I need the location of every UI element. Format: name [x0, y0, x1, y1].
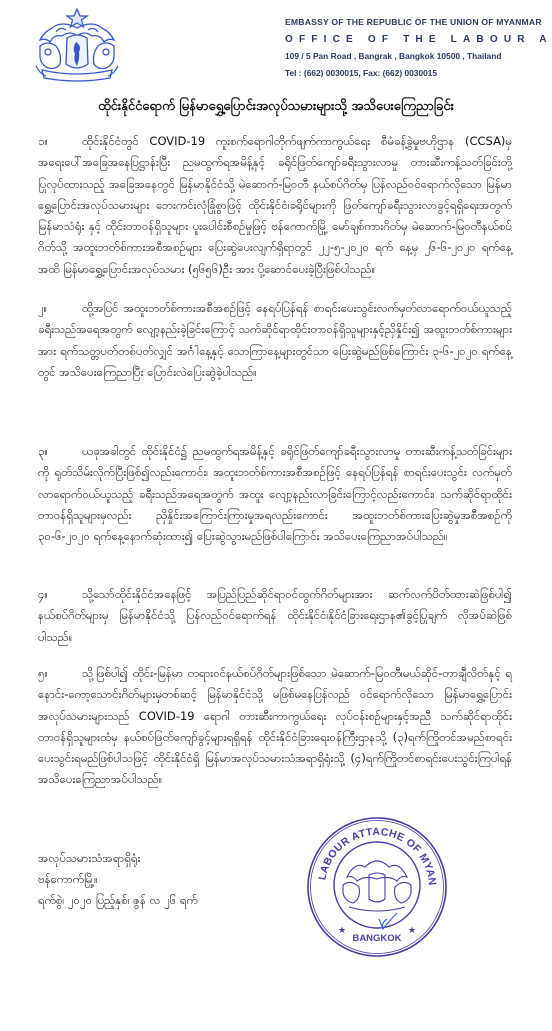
- paragraph-text: သို့သော်ထိုင်းနိုင်ငံအနေဖြင့် အပြည်ပြည်ဆ…: [38, 587, 512, 644]
- letterhead: EMBASSY OF THE REPUBLIC OF THE UNION OF …: [285, 14, 552, 81]
- stamp-seal-icon: OFFICE OF THE LABOUR ATTACHE OF MYANMAR …: [305, 815, 449, 959]
- paragraph-4: ၄။သို့သော်ထိုင်းနိုင်ငံအနေဖြင့် အပြည်ပြည…: [38, 584, 512, 648]
- paragraph-text: ယခုအခါတွင် ထိုင်းနိုင်ငံ၌ ညမထွက်ရအမိန့်န…: [38, 444, 512, 543]
- phone-fax: Tel : (662) 0030015, Fax: (662) 0030015: [285, 65, 552, 81]
- svg-text:BANGKOK: BANGKOK: [352, 933, 401, 944]
- announcement-title: ထိုင်းနိုင်ငံရောက် မြန်မာရွှေ့ပြောင်းအလု…: [0, 96, 552, 118]
- svg-text:OFFICE OF THE LABOUR ATTACHE O: OFFICE OF THE LABOUR ATTACHE OF MYANMAR …: [305, 815, 438, 886]
- svg-text:★: ★: [338, 926, 346, 936]
- office-name: OFFICE OF THE LABOUR ATTACHE: [285, 31, 552, 48]
- signature-block: အလုပ်သမားသံအရာရှိရုံး ဗန်ကောက်မြို့။ ရက်…: [38, 848, 198, 911]
- paragraph-1: ၁။ထိုင်းနိုင်ငံတွင် COVID-19 ကူးစက်ရောဂါ…: [38, 131, 512, 280]
- paragraph-number: ၁။: [38, 131, 82, 152]
- paragraph-text: ထို့အပြင် အထူးဘတ်စ်ကားအစီအစဉ်ဖြင့် နေရပ်…: [38, 301, 512, 379]
- embassy-name: EMBASSY OF THE REPUBLIC OF THE UNION OF …: [285, 14, 552, 31]
- signing-office: အလုပ်သမားသံအရာရှိရုံး: [38, 848, 198, 869]
- paragraph-number: ၄။: [38, 584, 82, 605]
- svg-text:★: ★: [408, 926, 416, 936]
- signing-city: ဗန်ကောက်မြို့။: [38, 869, 198, 890]
- paragraph-3: ၃။ယခုအခါတွင် ထိုင်းနိုင်ငံ၌ ညမထွက်ရအမိန့…: [38, 441, 512, 547]
- paragraph-number: ၂။: [38, 298, 82, 319]
- emblem-icon: [32, 6, 122, 84]
- address: 109 / 5 Pan Road , Bangrak , Bangkok 105…: [285, 48, 552, 65]
- paragraph-text: သို့ဖြစ်ပါ၍ ထိုင်း-မြန်မာ တရားဝင်နယ်စပ်ဂ…: [38, 666, 512, 786]
- paragraph-number: ၃။: [38, 441, 82, 462]
- paragraph-5: ၅။သို့ဖြစ်ပါ၍ ထိုင်း-မြန်မာ တရားဝင်နယ်စပ…: [38, 663, 512, 791]
- official-stamp: OFFICE OF THE LABOUR ATTACHE OF MYANMAR …: [305, 815, 449, 959]
- paragraph-2: ၂။ထို့အပြင် အထူးဘတ်စ်ကားအစီအစဉ်ဖြင့် နေရ…: [38, 298, 512, 383]
- paragraph-text: ထိုင်းနိုင်ငံတွင် COVID-19 ကူးစက်ရောဂါတိ…: [38, 134, 512, 276]
- paragraph-number: ၅။: [38, 663, 82, 684]
- signing-date: ရက်စွဲ၊ ၂၀၂၀ ပြည့်နှစ်၊ ဇွန် လ ၂၆ ရက်: [38, 890, 198, 911]
- state-emblem-logo: [32, 6, 122, 84]
